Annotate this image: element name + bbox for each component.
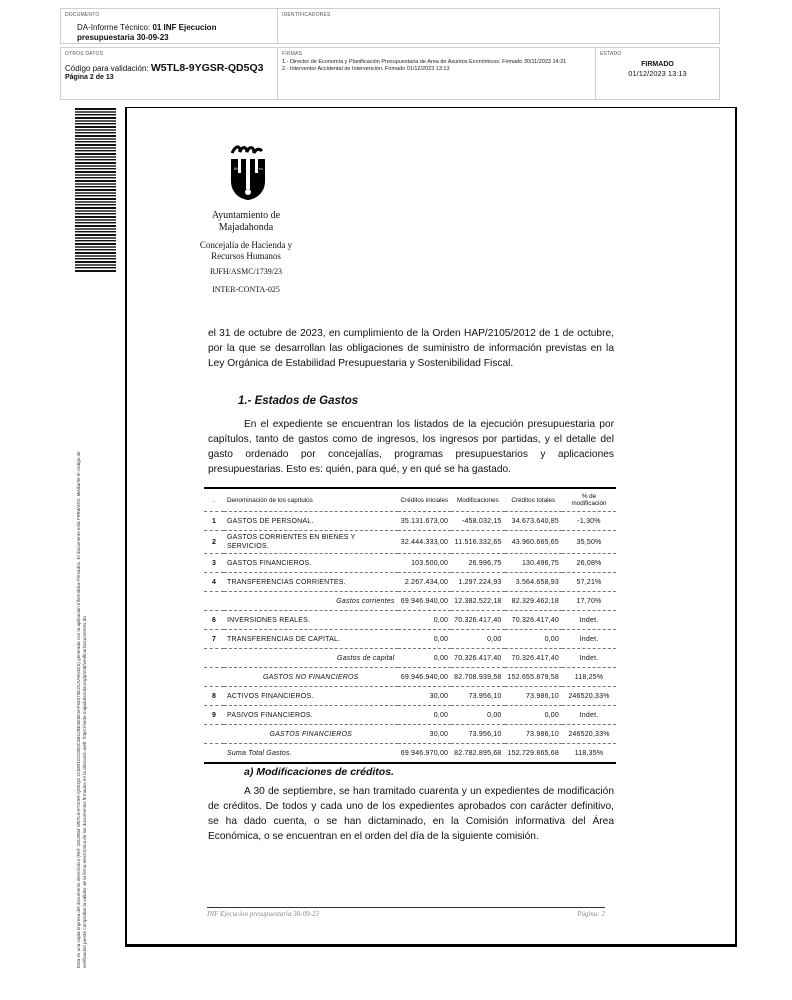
row-pct-modificacion: 17,70% [562,592,616,611]
row-number [204,668,224,687]
budget-execution-table: . Denominación de los capítulos Créditos… [204,487,616,764]
identificadores-cell: IDENTIFICADORES [277,9,719,43]
row-modificaciones: 1.297.224,93 [451,573,504,592]
row-modificaciones: 70.326.417,40 [451,611,504,630]
row-modificaciones: 26.996,75 [451,554,504,573]
row-creditos-iniciales: 30,00 [398,725,452,744]
row-modificaciones: 70.326.417,40 [451,649,504,668]
row-denominacion: GASTOS FINANCIEROS [224,725,398,744]
row-pct-modificacion: Indet. [562,706,616,725]
row-pct-modificacion: Indet. [562,611,616,630]
col-header-modificaciones: Modificaciones [451,488,504,512]
firma-item: 1.- Director de Economía y Planificación… [282,59,566,66]
page-count: Página 2 de 13 [65,74,114,81]
header-top-row: DOCUMENTO DA-Informe Técnico: 01 INF Eje… [60,8,720,44]
letterhead-ref-1: RJFH/ASMC/1739/23 [184,267,308,276]
row-denominacion: INVERSIONES REALES. [224,611,398,630]
estado-label: ESTADO [600,51,621,57]
section-paragraph-estados: En el expediente se encuentran los lista… [208,417,614,477]
row-modificaciones: 12.382.522,18 [451,592,504,611]
identificadores-label: IDENTIFICADORES [282,12,331,18]
documento-cell: DOCUMENTO DA-Informe Técnico: 01 INF Eje… [61,9,277,43]
firmas-label: FIRMAS [282,51,302,57]
status-date: 01/12/2023 13:13 [596,69,719,78]
row-number: 2 [204,531,224,554]
row-creditos-totales: 0,00 [505,630,562,649]
majadahonda-crest-icon: IIH Tw [226,143,270,201]
row-modificaciones: 11.516.332,65 [451,531,504,554]
col-header-number: . [204,488,224,512]
row-modificaciones: 82.782.895,68 [451,744,504,764]
row-creditos-iniciales: 35.131.673,00 [398,512,452,531]
row-creditos-totales: 0,00 [505,706,562,725]
row-pct-modificacion: 118,25% [562,668,616,687]
documento-label: DOCUMENTO [65,12,100,18]
row-number [204,592,224,611]
row-creditos-iniciales: 0,00 [398,630,452,649]
row-creditos-iniciales: 69.946.940,00 [398,668,452,687]
document-title: DA-Informe Técnico: 01 INF Ejecucion pre… [77,23,257,43]
row-pct-modificacion: 57,21% [562,573,616,592]
table-row: GASTOS NO FINANCIEROS69.946.940,0082.708… [204,668,616,687]
row-creditos-iniciales: 0,00 [398,611,452,630]
table-row: 8ACTIVOS FINANCIEROS.30,0073.956,1073.98… [204,687,616,706]
firmas-cell: FIRMAS 1.- Director de Economía y Planif… [277,48,595,99]
footer-document-name: INF Ejecucion presupuestaria 30-09-23 [207,910,319,918]
row-pct-modificacion: 26,08% [562,554,616,573]
row-denominacion: PASIVOS FINANCIEROS. [224,706,398,725]
estado-cell: ESTADO FIRMADO 01/12/2023 13:13 [595,48,719,99]
status-badge: FIRMADO [596,61,719,68]
row-denominacion: TRANSFERENCIAS CORRIENTES. [224,573,398,592]
row-creditos-totales: 3.564.658,93 [505,573,562,592]
table-row: Gastos de capital0,0070.326.417,4070.326… [204,649,616,668]
validation-code: Código para validación: W5TL8-9YGSR-QD5Q… [65,62,263,74]
row-denominacion: GASTOS DE PERSONAL. [224,512,398,531]
col-header-creditos-iniciales: Créditos iniciales [398,488,452,512]
row-creditos-iniciales: 30,00 [398,687,452,706]
row-number [204,649,224,668]
row-pct-modificacion: 246520,33% [562,687,616,706]
document-title-prefix: DA-Informe Técnico: [77,23,152,32]
row-creditos-iniciales: 69.946.970,00 [398,744,452,764]
row-pct-modificacion: Indet. [562,649,616,668]
col-header-denominacion: Denominación de los capítulos [224,488,398,512]
row-number: 7 [204,630,224,649]
row-number [204,725,224,744]
row-denominacion: GASTOS NO FINANCIEROS [224,668,398,687]
row-number: 3 [204,554,224,573]
row-modificaciones: 0,00 [451,630,504,649]
row-number: 9 [204,706,224,725]
row-creditos-totales: 34.673.640,85 [505,512,562,531]
row-number [204,744,224,764]
col-header-pct-modificacion: % de modificación [562,488,616,512]
table-header-row: . Denominación de los capítulos Créditos… [204,488,616,512]
row-modificaciones: 82.708.939,58 [451,668,504,687]
row-number: 8 [204,687,224,706]
row-creditos-totales: 70.326.417,40 [505,611,562,630]
section-heading-estados-de-gastos: 1.- Estados de Gastos [238,395,358,407]
row-denominacion: Gastos de capital [224,649,398,668]
row-creditos-iniciales: 32.444.333,00 [398,531,452,554]
row-modificaciones: 0,00 [451,706,504,725]
firmas-list: 1.- Director de Economía y Planificación… [282,59,566,73]
row-modificaciones: 73.956,10 [451,687,504,706]
row-pct-modificacion: 118,35% [562,744,616,764]
row-creditos-totales: 70.326.417,40 [505,649,562,668]
validation-label: Código para validación: [65,64,151,73]
otros-datos-label: OTROS DATOS [65,51,103,57]
row-creditos-totales: 152.729.865,68 [505,744,562,764]
row-denominacion: Suma Total Gastos. [224,744,398,764]
row-creditos-totales: 73.986,10 [505,725,562,744]
row-creditos-totales: 130.496,75 [505,554,562,573]
row-pct-modificacion: 35,50% [562,531,616,554]
table-row: 6INVERSIONES REALES.0,0070.326.417,4070.… [204,611,616,630]
row-creditos-totales: 152.655.879,58 [505,668,562,687]
row-number: 1 [204,512,224,531]
section-paragraph-modificaciones: A 30 de septiembre, se han tramitado cua… [208,784,614,844]
row-denominacion: TRANSFERENCIAS DE CAPITAL. [224,630,398,649]
row-creditos-totales: 43.960.665,65 [505,531,562,554]
firma-item: 2.- Interventor Accidental de Intervenci… [282,66,566,73]
row-pct-modificacion: -1,30% [562,512,616,531]
otros-datos-cell: OTROS DATOS Código para validación: W5TL… [61,48,277,99]
row-creditos-iniciales: 0,00 [398,649,452,668]
table-body: 1GASTOS DE PERSONAL.35.131.673,00-458.03… [204,512,616,764]
row-creditos-iniciales: 2.267.434,00 [398,573,452,592]
header-bottom-row: OTROS DATOS Código para validación: W5TL… [60,47,720,100]
row-creditos-iniciales: 0,00 [398,706,452,725]
row-denominacion: ACTIVOS FINANCIEROS. [224,687,398,706]
table-row: Gastos corrientes69.946.940,0012.382.522… [204,592,616,611]
footer-divider [207,907,605,908]
table-row: 2GASTOS CORRIENTES EN BIENES Y SERVICIOS… [204,531,616,554]
side-note-line-2: verificación puede comprobar la validez … [82,288,88,968]
table-row: 1GASTOS DE PERSONAL.35.131.673,00-458.03… [204,512,616,531]
table-row: Suma Total Gastos.69.946.970,0082.782.89… [204,744,616,764]
row-creditos-iniciales: 103.500,00 [398,554,452,573]
row-denominacion: Gastos corrientes [224,592,398,611]
row-number: 4 [204,573,224,592]
row-creditos-totales: 82.329.462,18 [505,592,562,611]
table-row: 9PASIVOS FINANCIEROS.0,000,000,00Indet. [204,706,616,725]
col-header-creditos-totales: Créditos totales [505,488,562,512]
row-number: 6 [204,611,224,630]
validation-code-value[interactable]: W5TL8-9YGSR-QD5Q3 [151,62,264,74]
row-denominacion: GASTOS CORRIENTES EN BIENES Y SERVICIOS. [224,531,398,554]
table-row: 7TRANSFERENCIAS DE CAPITAL.0,000,000,00I… [204,630,616,649]
intro-paragraph: el 31 de octubre de 2023, en cumplimient… [208,326,614,371]
table-row: GASTOS FINANCIEROS30,0073.956,1073.986,1… [204,725,616,744]
row-pct-modificacion: Indet. [562,630,616,649]
row-denominacion: GASTOS FINANCIEROS. [224,554,398,573]
svg-text:IIH: IIH [234,166,239,171]
section-heading-modificaciones: a) Modificaciones de créditos. [244,766,394,778]
row-pct-modificacion: 246520,33% [562,725,616,744]
verification-side-note: Esta es una copia impresa del documento … [76,288,88,968]
barcode-image [75,108,116,273]
footer-page-number: Página: 2 [577,910,605,918]
table-row: 3GASTOS FINANCIEROS.103.500,0026.996,751… [204,554,616,573]
row-creditos-iniciales: 69.946.940,00 [398,592,452,611]
letterhead-dept: Concejalía de Hacienda y Recursos Humano… [184,240,308,262]
letterhead-ref-2: INTER-CONTA-025 [184,285,308,294]
letterhead-org: Ayuntamiento de Majadahonda [184,210,308,234]
table-row: 4TRANSFERENCIAS CORRIENTES.2.267.434,001… [204,573,616,592]
row-creditos-totales: 73.986,10 [505,687,562,706]
row-modificaciones: -458.032,15 [451,512,504,531]
row-modificaciones: 73.956,10 [451,725,504,744]
